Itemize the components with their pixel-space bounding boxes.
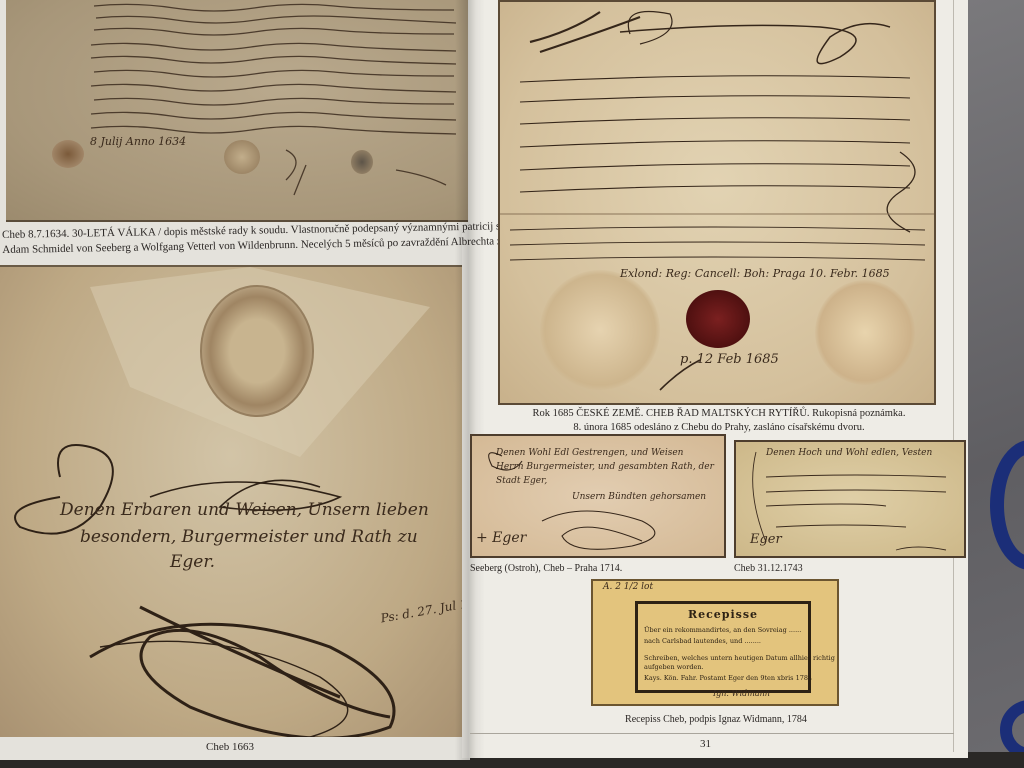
recepisse-form: Recepisse Über ein rekommandirtes, an de… <box>635 601 811 693</box>
figure-cheb-1743-image: Denen Hoch und Wohl edlen, Vesten Eger <box>734 440 966 558</box>
page-number: 31 <box>700 738 711 750</box>
form-line: nach Carlsbad lautendes, und ........ <box>644 637 761 645</box>
chancery-note: Exlond: Reg: Cancell: Boh: Praga 10. Feb… <box>620 267 890 280</box>
book-gutter <box>455 0 485 760</box>
corner-note: A. 2 1/2 lot <box>603 582 653 592</box>
address-line: besondern, Burgermeister und Rath zu <box>80 527 418 547</box>
wax-seal <box>351 150 373 174</box>
destination-eger: Eger <box>750 532 782 547</box>
figure-recepisse-1784-image: A. 2 1/2 lot Recepisse Über ein rekomman… <box>591 579 839 706</box>
address-line: Stadt Eger, <box>496 476 547 486</box>
handwriting-lines <box>6 0 468 222</box>
background-fabric <box>960 0 1024 768</box>
figure-cheb-1663-image: Denen Erbaren und Weisen, Unsern lieben … <box>0 265 462 737</box>
figure-caption: Cheb 31.12.1743 <box>734 561 803 576</box>
date-note: p. 12 Feb 1685 <box>680 352 779 367</box>
signature: Ign. Widmann <box>713 689 770 698</box>
address-line: Eger. <box>170 552 215 572</box>
figure-caption: Seeberg (Ostroh), Cheb – Praha 1714. <box>470 561 622 576</box>
page-edge-line <box>953 0 954 752</box>
paper-seal <box>815 280 915 385</box>
form-line: Über ein rekommandirtes, an den Sovreiag… <box>644 626 801 634</box>
figure-seeberg-1714-image: Denen Wohl Edl Gestrengen, und Weisen He… <box>470 434 726 558</box>
red-wax-seal <box>686 290 750 348</box>
date-inscription: 8 Julij Anno 1634 <box>90 135 186 148</box>
form-line: aufgeben worden. <box>644 663 704 671</box>
form-line: Schreiben, welches untern heutigen Datum… <box>644 654 835 662</box>
address-line: Herrn Burgermeister, und gesambten Rath,… <box>496 462 714 472</box>
destination-eger: + Eger <box>476 530 526 546</box>
paper-seal <box>540 270 660 390</box>
form-title: Recepisse <box>638 608 808 621</box>
figure-caption: Recepiss Cheb, podpis Ignaz Widmann, 178… <box>591 712 841 727</box>
figure-caption: Rok 1685 ČESKÉ ZEMĚ. CHEB ŘAD MALTSKÝCH … <box>500 407 938 435</box>
figure-cheb-1685-image: Exlond: Reg: Cancell: Boh: Praga 10. Feb… <box>498 0 936 405</box>
wax-seal <box>224 140 260 174</box>
wax-seal <box>52 140 84 168</box>
oval-seal <box>200 285 314 417</box>
address-line: Denen Hoch und Wohl edlen, Vesten <box>766 448 932 458</box>
figure-cheb-1634-image: 8 Julij Anno 1634 <box>6 0 468 222</box>
footer-rule <box>470 733 954 734</box>
address-line: Unsern Bündten gehorsamen <box>572 492 706 502</box>
address-line: Denen Wohl Edl Gestrengen, und Weisen <box>496 448 683 458</box>
figure-caption: Cheb 1663 <box>0 740 460 755</box>
address-line: Denen Erbaren und Weisen, Unsern lieben <box>60 500 429 520</box>
form-line: Kays. Kön. Fahr. Postamt Eger den 9ten x… <box>644 674 812 682</box>
